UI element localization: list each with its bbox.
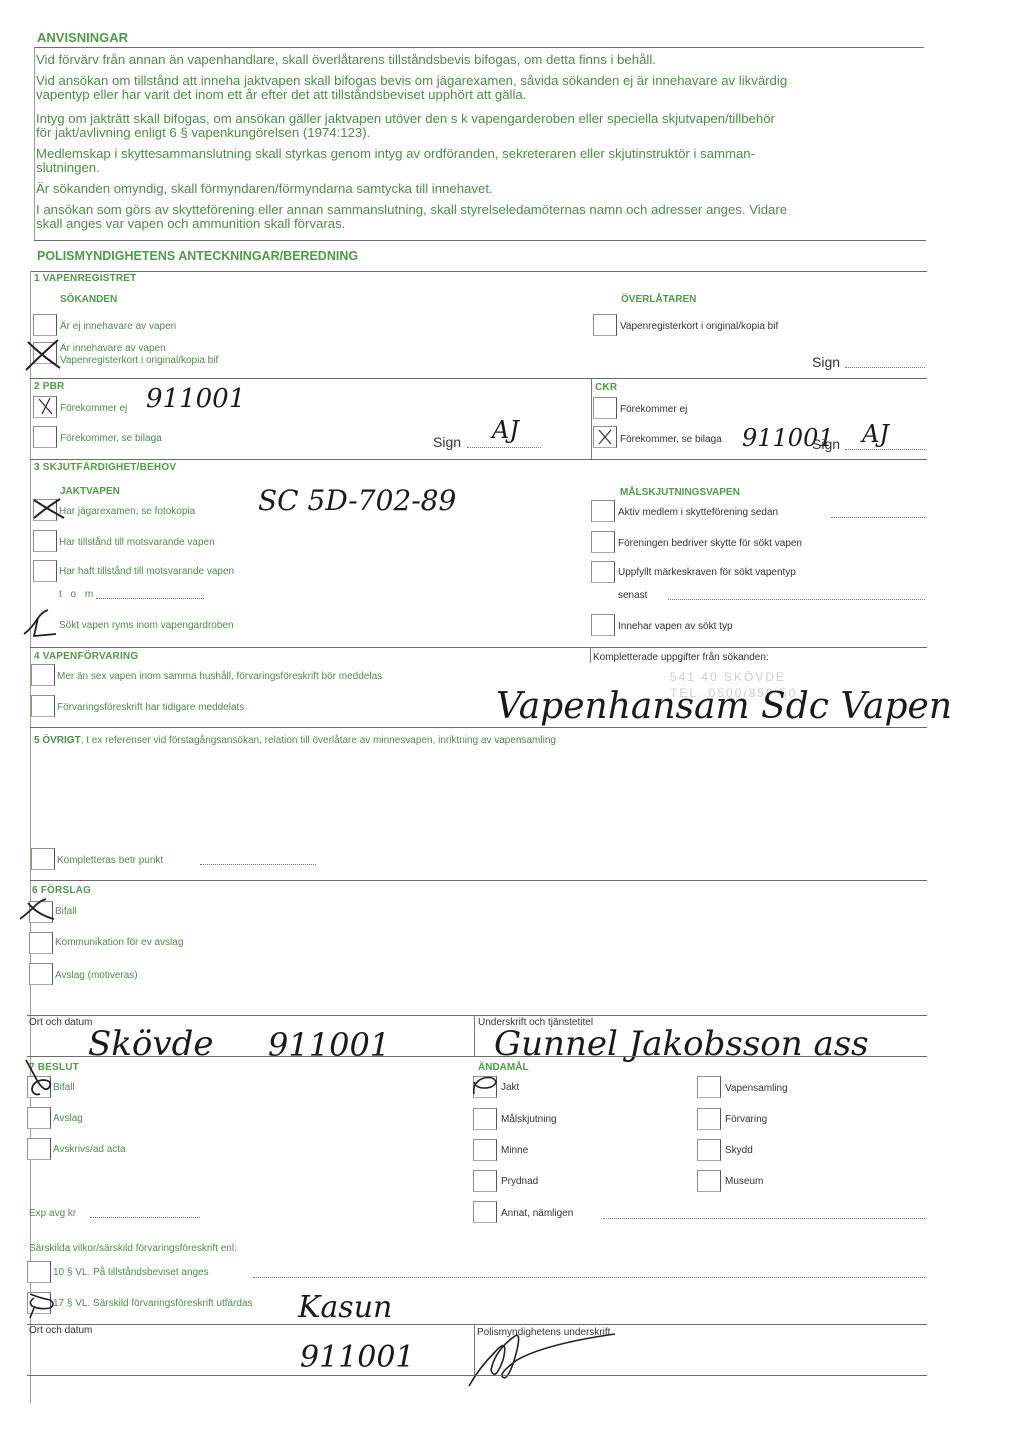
label-not-owner: Är ej innehavare av vapen xyxy=(60,321,176,332)
label-purpose-decoration: Prydnad xyxy=(501,1176,538,1187)
divider xyxy=(27,1056,927,1057)
loop-mark-icon xyxy=(24,1058,54,1098)
box-border xyxy=(34,47,35,240)
checkbox-decision-dismiss[interactable] xyxy=(27,1138,51,1160)
ckr-sign-label: Sign xyxy=(812,436,840,452)
checkbox-pbr-found[interactable] xyxy=(33,426,57,448)
handwritten-signature-title: Gunnel Jakobsson ass xyxy=(494,1024,869,1064)
label-purpose-other: Annat, nämligen xyxy=(501,1208,573,1219)
label-tom: t o m xyxy=(59,589,96,600)
fee-field[interactable] xyxy=(90,1217,200,1218)
label-purpose-target: Målskjutning xyxy=(501,1114,557,1125)
section-6-title: 6 FÖRSLAG xyxy=(32,885,91,896)
label-more-than-six: Mer än sex vapen inom samma hushåll, för… xyxy=(57,671,382,682)
label-proposal-approve: Bifall xyxy=(55,906,77,917)
checkbox-transferor-card[interactable] xyxy=(593,314,617,336)
condition-10-field[interactable] xyxy=(253,1277,925,1278)
pbr-sign-label: Sign xyxy=(433,434,461,450)
divider xyxy=(30,459,927,460)
instruction-3: Intyg om jakträtt skall bifogas, om ansö… xyxy=(36,112,775,140)
complement-point-field[interactable] xyxy=(200,864,316,865)
hunting-weapons-title: JAKTVAPEN xyxy=(60,486,120,497)
handwritten-place: Skövde xyxy=(88,1024,213,1064)
handwritten-supplement: Vapenhansam Sdc Vapen xyxy=(496,686,952,727)
label-senast: senast xyxy=(618,590,647,601)
label-ckr-not-found: Förekommer ej xyxy=(620,404,687,415)
label-proposal-reject: Avslag (motiveras) xyxy=(55,970,138,981)
label-purpose-memory: Minne xyxy=(501,1145,528,1156)
checkbox-storage-previously[interactable] xyxy=(31,695,55,717)
checkbox-owns-type[interactable] xyxy=(591,614,615,636)
label-condition-17: 17 § VL. Särskild förvaringsföreskrift u… xyxy=(53,1298,253,1309)
instruction-3-line-2: för jakt/avlivning enligt 6 § vapenkungö… xyxy=(36,125,370,140)
applicant-title: SÖKANDEN xyxy=(60,294,117,305)
handwritten-date: 911001 xyxy=(268,1026,390,1064)
instruction-1-line-1: Vid förvärv från annan än vapenhandlare,… xyxy=(36,52,656,67)
place-date-label: Ort och datum xyxy=(29,1017,92,1028)
instruction-4-line-2: slutningen. xyxy=(36,160,100,175)
tom-field[interactable] xyxy=(96,598,204,599)
instruction-3-line-1: Intyg om jakträtt skall bifogas, om ansö… xyxy=(36,111,775,126)
checkbox-purpose-storage[interactable] xyxy=(697,1108,721,1130)
pbr-sign-field[interactable] xyxy=(467,447,541,448)
x-mark-icon xyxy=(34,396,56,416)
instruction-6-line-2: skall anges var vapen och ammunition ska… xyxy=(36,216,345,231)
sign-label: Sign xyxy=(812,354,840,370)
label-pbr-found: Förekommer, se bilaga xyxy=(60,433,162,444)
checkbox-had-permit[interactable] xyxy=(33,560,57,582)
label-purpose-storage: Förvaring xyxy=(725,1114,767,1125)
label-had-permit: Har haft tillstånd till motsvarande vape… xyxy=(59,566,234,577)
dealer-stamp-line-2: 541 40 SKÖVDE xyxy=(670,670,786,684)
checkbox-purpose-target[interactable] xyxy=(473,1108,497,1130)
label-complement: Kompletteras betr punkt xyxy=(57,855,163,866)
checkbox-purpose-memory[interactable] xyxy=(473,1139,497,1161)
label-is-owner: Är innehavare av vapen xyxy=(60,343,166,354)
instruction-5-line-1: Är sökanden omyndig, skall förmyndaren/f… xyxy=(36,181,493,196)
checkbox-has-permit[interactable] xyxy=(33,530,57,552)
divider xyxy=(30,378,927,379)
instructions-title: ANVISNINGAR xyxy=(37,30,128,45)
instruction-2-line-1: Vid ansökan om tillstånd att inneha jakt… xyxy=(36,73,787,88)
label-purpose-collection: Vapensamling xyxy=(725,1083,788,1094)
label-storage-previously: Förvaringsföreskrift har tidigare meddel… xyxy=(57,702,244,713)
handwritten-condition-17: Kasun xyxy=(298,1290,392,1325)
label-purpose-museum: Museum xyxy=(725,1176,763,1187)
senast-field[interactable] xyxy=(668,599,925,600)
signature-scribble-icon xyxy=(465,1330,625,1390)
label-wardrobe: Sökt vapen ryms inom vapengardroben xyxy=(59,620,234,631)
label-owns-type: Innehar vapen av sökt typ xyxy=(618,621,733,632)
section-5-title: 5 ÖVRIGT xyxy=(34,735,81,746)
handwritten-date-2: 911001 xyxy=(300,1340,415,1375)
checkbox-active-member[interactable] xyxy=(591,500,615,522)
checkbox-condition-10[interactable] xyxy=(27,1261,51,1283)
checkbox-purpose-decoration[interactable] xyxy=(473,1170,497,1192)
label-badge-requirements: Uppfyllt märkeskraven för sökt vapentyp xyxy=(618,567,796,578)
member-since-field[interactable] xyxy=(831,517,925,518)
checkbox-purpose-collection[interactable] xyxy=(697,1076,721,1098)
divider xyxy=(34,240,926,241)
label-active-member: Aktiv medlem i skytteförening sedan xyxy=(618,507,778,518)
checkbox-decision-reject[interactable] xyxy=(27,1107,51,1129)
transferor-title: ÖVERLÅTAREN xyxy=(621,294,696,305)
checkbox-not-owner[interactable] xyxy=(33,314,57,336)
divider xyxy=(27,1015,927,1016)
conditions-title: Särskilda vilkor/särskild förvaringsföre… xyxy=(29,1243,237,1254)
section-5-heading: 5 ÖVRIGT, t ex referenser vid förstagång… xyxy=(34,735,556,746)
label-proposal-communication: Kommunikation för ev avslag xyxy=(55,937,183,948)
instruction-5: Är sökanden omyndig, skall förmyndaren/f… xyxy=(36,182,493,196)
label-register-card: Vapenregisterkort i original/kopia bif xyxy=(60,355,218,366)
check-mark-icon xyxy=(22,336,64,372)
label-decision-dismiss: Avskrivs/ad acta xyxy=(53,1144,126,1155)
x-mark-icon xyxy=(596,428,614,446)
label-transferor-card: Vapenregisterkort i original/kopia bif xyxy=(620,321,778,332)
divider xyxy=(27,1375,927,1376)
checkbox-ckr-not-found[interactable] xyxy=(593,397,617,419)
ckr-sign-field[interactable] xyxy=(845,449,925,450)
label-decision-reject: Avslag xyxy=(53,1113,83,1124)
checkbox-purpose-protection[interactable] xyxy=(697,1139,721,1161)
handwritten-pbr-sign: AJ xyxy=(492,416,519,444)
instruction-6-line-1: I ansökan som görs av skytteförening ell… xyxy=(36,202,787,217)
checkbox-complement[interactable] xyxy=(31,848,55,870)
label-purpose-protection: Skydd xyxy=(725,1145,753,1156)
instruction-2-line-2: vapentyp eller har varit det inom ett år… xyxy=(36,87,526,102)
divider xyxy=(590,647,591,663)
divider xyxy=(30,271,927,272)
divider xyxy=(34,47,924,48)
checkbox-purpose-museum[interactable] xyxy=(697,1170,721,1192)
label-club-shooting: Föreningen bedriver skytte för sökt vape… xyxy=(618,538,802,549)
instruction-1: Vid förvärv från annan än vapenhandlare,… xyxy=(36,53,656,67)
form-left-border xyxy=(30,271,31,1403)
x-mark-icon xyxy=(18,897,58,923)
checkbox-badge-requirements[interactable] xyxy=(591,561,615,583)
police-section-title: POLISMYNDIGHETENS ANTECKNINGAR/BEREDNING xyxy=(37,249,358,263)
label-ckr-found: Förekommer, se bilaga xyxy=(620,434,722,445)
divider xyxy=(30,880,927,881)
checkbox-more-than-six[interactable] xyxy=(31,664,55,686)
supplement-label: Kompletterade uppgifter från sökanden: xyxy=(593,652,769,663)
label-decision-approve: Bifall xyxy=(53,1082,75,1093)
instruction-4-line-1: Medlemskap i skyttesammanslutning skall … xyxy=(36,146,755,161)
check-mark-icon xyxy=(20,608,58,640)
section-2-title: 2 PBR xyxy=(34,381,64,392)
checkbox-club-shooting[interactable] xyxy=(591,531,615,553)
instruction-4: Medlemskap i skyttesammanslutning skall … xyxy=(36,147,755,175)
section-3-title: 3 SKJUTFÄRDIGHET/BEHOV xyxy=(34,462,176,473)
divider xyxy=(30,647,927,648)
checkbox-proposal-reject[interactable] xyxy=(29,963,53,985)
handwritten-ckr-sign: AJ xyxy=(862,420,889,448)
purpose-other-field[interactable] xyxy=(603,1218,925,1219)
section-4-title: 4 VAPENFÖRVARING xyxy=(34,651,138,662)
sign-field[interactable] xyxy=(845,367,925,368)
label-purpose-hunting: Jakt xyxy=(501,1082,519,1093)
divider xyxy=(591,378,592,460)
checkbox-proposal-communication[interactable] xyxy=(29,932,53,954)
checkbox-purpose-other[interactable] xyxy=(473,1201,497,1223)
label-has-permit: Har tillstånd till motsvarande vapen xyxy=(59,537,215,548)
instruction-6: I ansökan som görs av skytteförening ell… xyxy=(36,203,787,231)
ckr-title: CKR xyxy=(595,382,617,393)
instruction-2: Vid ansökan om tillstånd att inneha jakt… xyxy=(36,74,787,102)
label-pbr-not-found: Förekommer ej xyxy=(60,403,127,414)
label-hunting-exam: Har jägarexamen, se fotokopia xyxy=(59,506,195,517)
handwritten-exam-number: SC 5D-702-89 xyxy=(258,484,456,517)
divider xyxy=(27,1324,927,1325)
place-date-2-label: Ort och datum xyxy=(29,1325,92,1336)
section-5-description: , t ex referenser vid förstagångsansökan… xyxy=(81,735,556,746)
handwritten-pbr-date: 911001 xyxy=(146,384,245,414)
fee-label: Exp avg kr xyxy=(29,1208,76,1219)
label-condition-10: 10 § VL. På tillståndsbeviset anges xyxy=(53,1267,209,1278)
divider xyxy=(474,1015,475,1056)
target-weapons-title: MÅLSKJUTNINGSVAPEN xyxy=(620,487,740,498)
divider xyxy=(30,727,927,728)
section-1-title: 1 VAPENREGISTRET xyxy=(34,273,136,284)
loop-mark-icon xyxy=(470,1072,500,1098)
